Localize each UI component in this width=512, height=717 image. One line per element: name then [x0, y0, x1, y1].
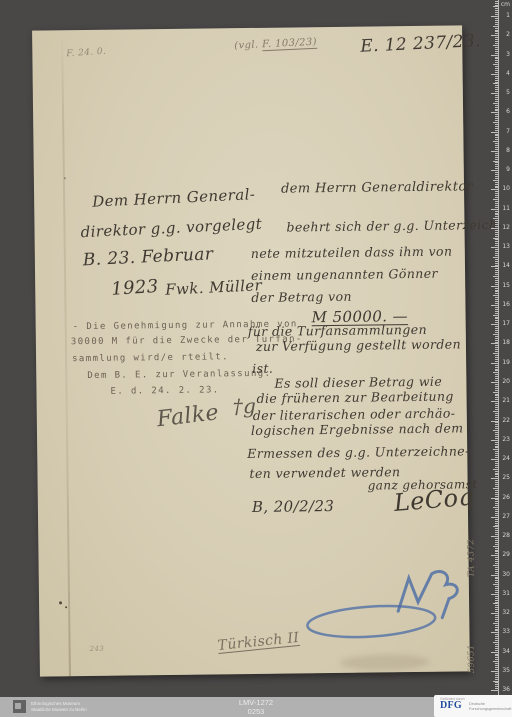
ruler-tick [495, 51, 498, 52]
ruler-tick [495, 313, 498, 314]
letter-line: ist. [252, 361, 273, 376]
ruler-tick [491, 209, 498, 210]
ruler-tick [495, 340, 498, 341]
ruler-number: 6 [506, 109, 510, 115]
left-note-line: Dem Herrn General- [92, 185, 256, 211]
ruler-tick [491, 632, 498, 633]
ruler-tick [495, 255, 498, 256]
ruler-tick [495, 118, 498, 119]
ruler-tick [495, 135, 498, 136]
ruler-tick [495, 665, 498, 666]
ruler-tick [495, 650, 498, 651]
ruler-tick [495, 101, 498, 102]
ruler-tick [495, 523, 498, 524]
ruler-tick [495, 214, 498, 215]
ruler-number: 8 [506, 148, 510, 154]
ruler-tick [491, 35, 498, 36]
ruler-tick [491, 132, 498, 133]
ruler-tick [491, 74, 498, 75]
ruler-tick [493, 488, 498, 489]
ruler-tick [495, 627, 498, 628]
ruler-tick [495, 259, 498, 260]
ruler-number: 23 [502, 437, 510, 443]
ruler-tick [495, 272, 498, 273]
ruler-tick [495, 245, 498, 246]
typed-line: sammlung wird/e rteilt. [72, 352, 229, 364]
ruler-tick [495, 451, 498, 452]
ruler-tick [495, 164, 498, 165]
ruler-baseline [498, 0, 499, 697]
ruler-tick [495, 667, 498, 668]
ruler-tick [495, 39, 498, 40]
ruler-tick [495, 62, 498, 63]
ruler-tick [493, 546, 498, 547]
ruler-tick [495, 669, 498, 670]
ruler-tick [495, 201, 498, 202]
ruler-tick [493, 103, 498, 104]
typed-line: Dem B. E. zur Veranlassung. [87, 369, 271, 381]
ruler-number: 22 [502, 418, 510, 424]
ruler-tick [495, 137, 498, 138]
ruler-tick [495, 282, 498, 283]
ruler-tick [493, 64, 498, 65]
ruler-tick [493, 6, 498, 7]
ruler-tick [495, 70, 498, 71]
ruler-tick [495, 226, 498, 227]
ruler-tick [495, 434, 498, 435]
ruler-tick [495, 684, 498, 685]
ruler-tick [495, 230, 498, 231]
ruler-number: 5 [506, 90, 510, 96]
ruler-tick [495, 320, 498, 321]
ruler-tick [495, 405, 498, 406]
ruler-tick [495, 270, 498, 271]
ruler-tick [495, 236, 498, 237]
ruler-tick [495, 682, 498, 683]
ruler-tick [495, 615, 498, 616]
ruler-tick [491, 652, 498, 653]
ruler-tick [495, 424, 498, 425]
ruler-tick [495, 605, 498, 606]
left-note-line: B. 23. Februar [82, 244, 213, 270]
ruler-tick [495, 130, 498, 131]
ruler-number: 32 [502, 610, 510, 616]
ruler-tick [491, 401, 498, 402]
ruler-tick [495, 178, 498, 179]
ruler-tick [495, 318, 498, 319]
ruler-tick [495, 432, 498, 433]
ruler-tick [495, 41, 498, 42]
ruler-tick [495, 578, 498, 579]
ruler-tick [495, 519, 498, 520]
ruler-tick [495, 116, 498, 117]
ruler-tick [495, 37, 498, 38]
file-number: E. 12 237/23. [360, 31, 481, 57]
letter-line: nete mitzuteilen dass ihm von [251, 244, 453, 261]
ruler-number: 21 [502, 398, 510, 404]
ruler-number: 36 [502, 687, 510, 693]
ruler-tick [495, 134, 498, 135]
ruler-tick [493, 603, 498, 604]
ruler-tick [495, 657, 498, 658]
paper-speck [59, 601, 62, 604]
ruler-tick [495, 675, 498, 676]
ruler-tick [491, 324, 498, 325]
ruler-tick [495, 345, 498, 346]
ruler-tick [495, 280, 498, 281]
ruler-tick [493, 411, 498, 412]
ruler-tick [495, 53, 498, 54]
ruler-tick [495, 365, 498, 366]
ruler-tick [491, 247, 498, 248]
ruler-tick [495, 492, 498, 493]
ruler-tick [495, 213, 498, 214]
ruler-tick [491, 690, 498, 691]
left-note-line: direktor g.g. vorgelegt [80, 215, 262, 242]
ruler-tick [495, 530, 498, 531]
ruler-tick [495, 205, 498, 206]
ruler-tick [495, 617, 498, 618]
ruler-tick [493, 469, 498, 470]
ruler-tick [495, 20, 498, 21]
ruler-tick [495, 521, 498, 522]
ruler-tick [495, 376, 498, 377]
ruler-tick [495, 234, 498, 235]
ruler-tick [495, 322, 498, 323]
ruler-tick [495, 224, 498, 225]
ruler-number: 13 [502, 244, 510, 250]
ruler-tick [495, 607, 498, 608]
ruler-tick [491, 575, 498, 576]
ruler-tick [495, 186, 498, 187]
ruler-tick [495, 76, 498, 77]
ruler-number: 4 [506, 71, 510, 77]
ruler-tick [495, 155, 498, 156]
ruler-tick [495, 326, 498, 327]
ruler-tick [495, 49, 498, 50]
ruler-number: 10 [502, 186, 510, 192]
ruler-tick [495, 644, 498, 645]
ruler-number: 18 [502, 340, 510, 346]
ruler-tick [495, 415, 498, 416]
paper-speck [65, 606, 67, 608]
corner-pencil-mark: 243 [90, 645, 105, 653]
ruler-number: 33 [502, 629, 510, 635]
ruler-tick [495, 417, 498, 418]
ruler-tick [493, 238, 498, 239]
ruler-tick [495, 72, 498, 73]
ruler-tick [495, 107, 498, 108]
ruler-tick [495, 14, 498, 15]
ruler-tick [495, 538, 498, 539]
ruler-tick [495, 176, 498, 177]
ruler-tick [495, 528, 498, 529]
ruler-tick [495, 501, 498, 502]
ruler-tick [495, 3, 498, 4]
ruler-tick [495, 268, 498, 269]
ruler-tick [493, 26, 498, 27]
ruler-tick [495, 540, 498, 541]
reference-note: (vgl. F. 103/23) [234, 37, 317, 52]
dfg-name: Deutsche Forschungsgemeinschaft [469, 702, 511, 711]
ruler-tick [495, 561, 498, 562]
ruler-number: 3 [506, 52, 510, 58]
ruler-tick [491, 16, 498, 17]
ruler-tick [495, 571, 498, 572]
ruler-tick [495, 12, 498, 13]
ruler-tick [493, 45, 498, 46]
letter-line: der Betrag von [251, 289, 352, 305]
ruler-tick [495, 128, 498, 129]
reference-note-ref: F. 103/23) [262, 37, 317, 51]
ruler-tick [495, 85, 498, 86]
lecoq-signature: LeCoq [393, 483, 475, 517]
document-scan: F. 24. 0. (vgl. F. 103/23) E. 12 237/23.… [32, 25, 470, 676]
ruler-tick [493, 372, 498, 373]
ruler-tick [495, 309, 498, 310]
ruler-tick [495, 436, 498, 437]
left-note-signature: Fwk. Müller [165, 276, 263, 299]
ruler-tick [495, 301, 498, 302]
scan-ruler: cm 1234567891011121314151617181920212223… [488, 0, 512, 697]
ruler-tick [495, 351, 498, 352]
ruler-tick [495, 494, 498, 495]
ruler-tick [495, 621, 498, 622]
ruler-tick [491, 421, 498, 422]
ruler-tick [495, 655, 498, 656]
ruler-tick [495, 646, 498, 647]
ruler-tick [495, 582, 498, 583]
ruler-tick [495, 211, 498, 212]
ruler-tick [491, 55, 498, 56]
ruler-tick [493, 392, 498, 393]
approval-signature: Falke [156, 400, 221, 432]
ruler-tick [495, 109, 498, 110]
ruler-tick [491, 613, 498, 614]
ruler-tick [495, 659, 498, 660]
ruler-tick [493, 257, 498, 258]
ruler-tick [495, 5, 498, 6]
ruler-tick [491, 382, 498, 383]
ruler-tick [495, 355, 498, 356]
ruler-tick [495, 193, 498, 194]
ruler-tick [495, 609, 498, 610]
ruler-tick [495, 191, 498, 192]
ruler-tick [491, 343, 498, 344]
ruler-tick [495, 465, 498, 466]
ruler-tick [495, 357, 498, 358]
ruler-tick [495, 243, 498, 244]
ruler-tick [495, 22, 498, 23]
ruler-tick [495, 386, 498, 387]
ruler-tick [495, 82, 498, 83]
ruler-tick [495, 249, 498, 250]
ruler-tick [491, 151, 498, 152]
ruler-tick [495, 409, 498, 410]
blue-crayon-mark [294, 565, 475, 662]
ruler-tick [495, 686, 498, 687]
ruler-tick [495, 311, 498, 312]
ruler-tick [495, 28, 498, 29]
ruler-tick [491, 555, 498, 556]
ruler-tick [495, 630, 498, 631]
ruler-tick [495, 293, 498, 294]
ruler-tick [495, 367, 498, 368]
ruler-tick [495, 290, 498, 291]
ruler-tick [495, 361, 498, 362]
letter-line: beehrt sich der g.g. Unterzeich- [286, 217, 502, 235]
ruler-tick [495, 673, 498, 674]
ruler-tick [495, 654, 498, 655]
ruler-tick [495, 89, 498, 90]
ruler-tick [495, 480, 498, 481]
ruler-tick [495, 442, 498, 443]
ruler-tick [495, 369, 498, 370]
ruler-tick [493, 507, 498, 508]
ruler-tick [495, 207, 498, 208]
ruler-tick [495, 513, 498, 514]
ruler-tick [495, 153, 498, 154]
ruler-tick [495, 149, 498, 150]
ruler-tick [495, 590, 498, 591]
ruler-tick [495, 577, 498, 578]
ruler-tick [495, 638, 498, 639]
ruler-tick [495, 57, 498, 58]
ruler-tick [495, 95, 498, 96]
ruler-tick [495, 453, 498, 454]
ruler-tick [493, 565, 498, 566]
ruler-tick [495, 378, 498, 379]
ruler-tick [495, 8, 498, 9]
ruler-tick [495, 592, 498, 593]
edge-mark-lower: 59651 [467, 644, 477, 673]
ruler-number: 34 [502, 649, 510, 655]
ruler-tick [495, 677, 498, 678]
ruler-tick [495, 80, 498, 81]
ruler-number: 7 [506, 129, 510, 135]
ruler-tick [495, 390, 498, 391]
ruler-tick [495, 602, 498, 603]
ruler-tick [495, 551, 498, 552]
ruler-number: 2 [506, 32, 510, 38]
ruler-tick [495, 499, 498, 500]
ruler-number: 20 [502, 379, 510, 385]
ruler-tick [495, 147, 498, 148]
ruler-tick [495, 426, 498, 427]
ruler-tick [495, 68, 498, 69]
ruler-tick [495, 548, 498, 549]
ruler-tick [495, 463, 498, 464]
ruler-tick [493, 681, 498, 682]
ruler-tick [495, 397, 498, 398]
ruler-tick [495, 557, 498, 558]
ruler-tick [495, 253, 498, 254]
ruler-tick [495, 261, 498, 262]
ruler-tick [491, 440, 498, 441]
letter-date: B, 20/2/23 [252, 497, 335, 516]
ruler-tick [495, 395, 498, 396]
ruler-tick [495, 299, 498, 300]
ruler-tick [495, 168, 498, 169]
ruler-tick [495, 496, 498, 497]
ruler-tick [495, 87, 498, 88]
ruler-tick [495, 222, 498, 223]
ruler-tick [495, 307, 498, 308]
ruler-number: 12 [502, 225, 510, 231]
ruler-tick [495, 187, 498, 188]
ruler-tick [493, 180, 498, 181]
ruler-tick [491, 363, 498, 364]
ruler-number: 29 [502, 552, 510, 558]
ruler-number: 35 [502, 668, 510, 674]
ruler-tick [493, 334, 498, 335]
ruler-tick [495, 278, 498, 279]
ruler-number: 11 [502, 206, 510, 212]
ruler-tick [495, 274, 498, 275]
ruler-tick [495, 124, 498, 125]
reference-note-prefix: (vgl. [234, 39, 262, 51]
ruler-tick [495, 663, 498, 664]
ruler-tick [495, 374, 498, 375]
ruler-tick [495, 544, 498, 545]
paper-speck [64, 177, 66, 179]
ruler-tick [495, 447, 498, 448]
ruler-tick [495, 486, 498, 487]
ruler-tick [495, 503, 498, 504]
ruler-tick [495, 31, 498, 32]
ruler-tick [495, 505, 498, 506]
ruler-tick [491, 286, 498, 287]
ruler-tick [495, 349, 498, 350]
ruler-tick [495, 471, 498, 472]
ruler-tick [495, 43, 498, 44]
scan-viewer: F. 24. 0. (vgl. F. 103/23) E. 12 237/23.… [0, 0, 512, 717]
ruler-tick [495, 550, 498, 551]
ruler-tick [491, 517, 498, 518]
ruler-tick [493, 449, 498, 450]
ruler-tick [495, 182, 498, 183]
letter-line: einem ungenannten Gönner [251, 266, 438, 283]
ruler-number: 24 [502, 456, 510, 462]
ruler-tick [495, 640, 498, 641]
ruler-tick [495, 457, 498, 458]
ruler-tick [491, 594, 498, 595]
left-note-year: 1923 [111, 276, 160, 300]
ruler-tick [495, 172, 498, 173]
ruler-tick [495, 216, 498, 217]
ruler-tick [495, 114, 498, 115]
ruler-tick [495, 484, 498, 485]
ruler-tick [495, 515, 498, 516]
ruler-number: 19 [502, 360, 510, 366]
ruler-tick [495, 511, 498, 512]
ruler-tick [495, 394, 498, 395]
ruler-tick [495, 18, 498, 19]
ruler-tick [495, 162, 498, 163]
ruler-tick [491, 305, 498, 306]
ruler-number: 26 [502, 495, 510, 501]
ruler-tick [491, 536, 498, 537]
ruler-tick [495, 403, 498, 404]
ruler-tick [495, 332, 498, 333]
ruler-number: 15 [502, 283, 510, 289]
ruler-tick [495, 330, 498, 331]
ruler-tick [495, 482, 498, 483]
ruler-tick [495, 241, 498, 242]
ruler-number: 17 [502, 321, 510, 327]
ruler-tick [495, 288, 498, 289]
ruler-tick [491, 228, 498, 229]
